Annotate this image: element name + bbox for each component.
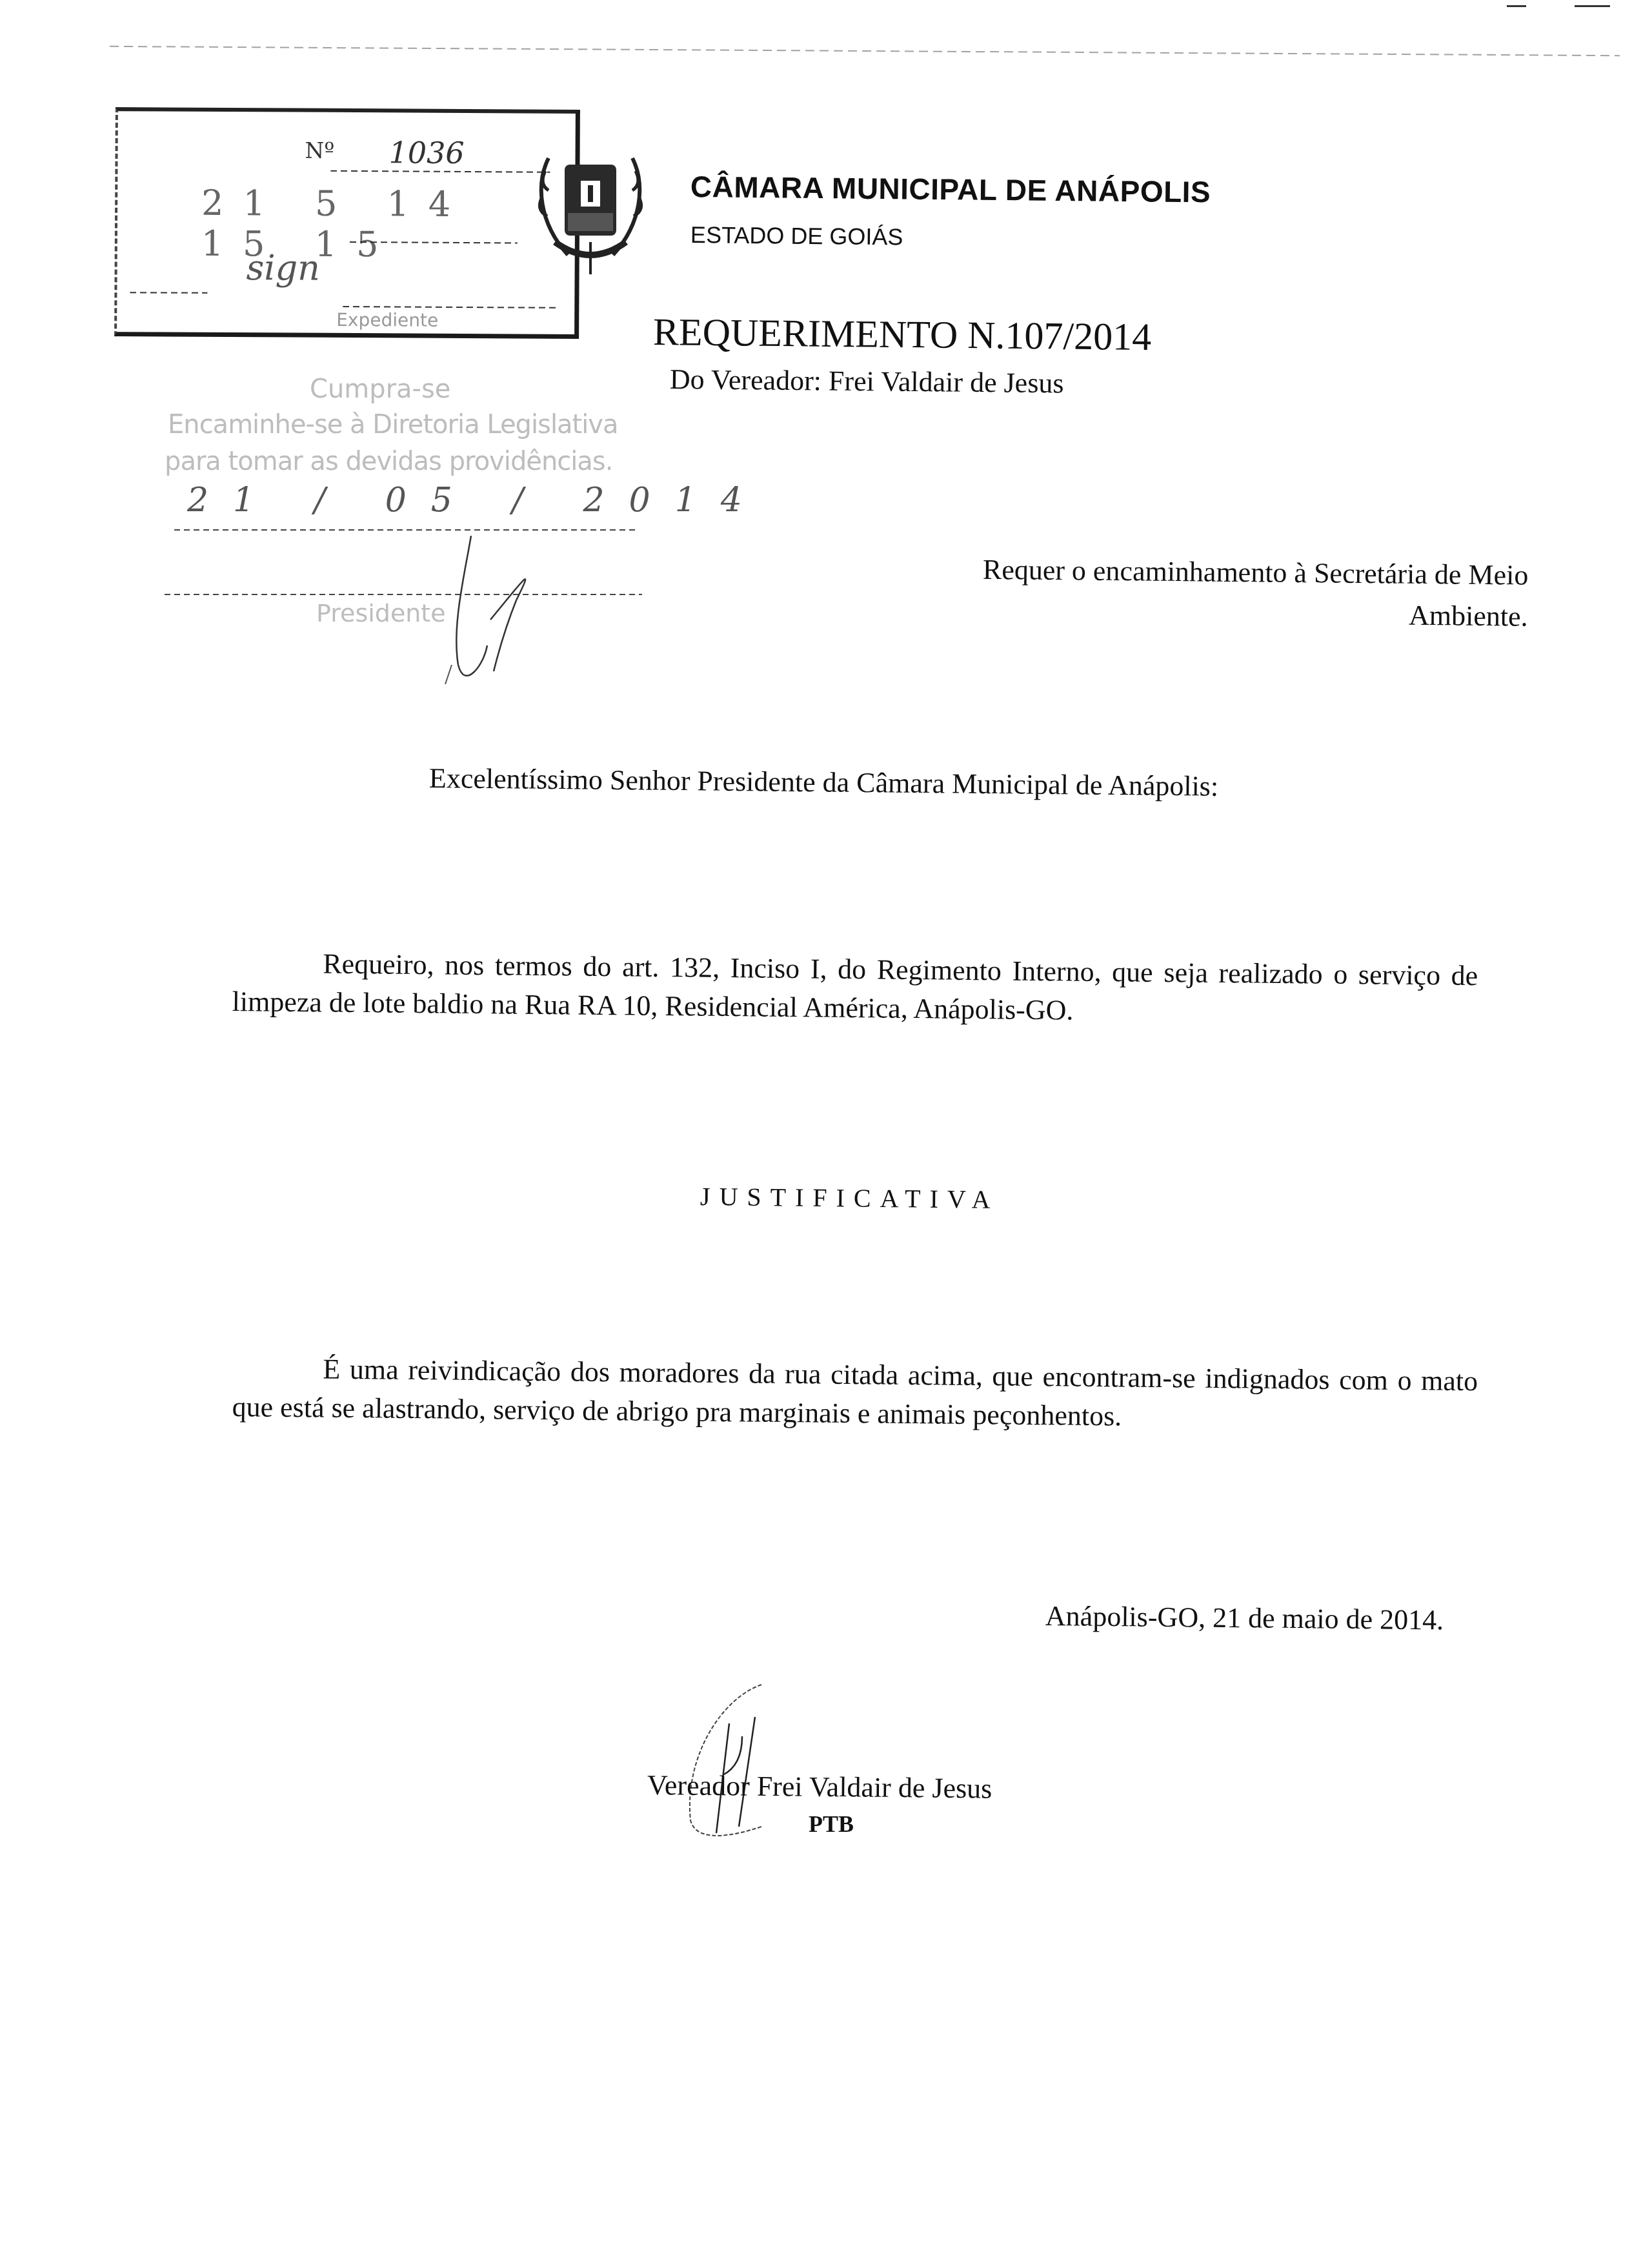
signatory-party: PTB xyxy=(809,1811,854,1838)
coat-of-arms-icon xyxy=(529,145,652,274)
protocol-stamp: Nº 1036 21 5 14 15 15 sign Expediente xyxy=(114,107,580,339)
councilor-signature xyxy=(645,1678,800,1846)
request-summary: Requer o encaminhamento à Secretária de … xyxy=(947,549,1528,637)
document-author: Do Vereador: Frei Valdair de Jesus xyxy=(670,363,1064,400)
institution-name: CÂMARA MUNICIPAL DE ANÁPOLIS xyxy=(690,169,1211,209)
place-and-date: Anápolis-GO, 21 de maio de 2014. xyxy=(1045,1599,1444,1636)
scan-artifact-line xyxy=(110,46,1620,56)
state-name: ESTADO DE GOIÁS xyxy=(690,221,903,250)
stamp-section: Expediente xyxy=(336,309,438,331)
scan-artifact-mark xyxy=(1575,5,1610,7)
justification-paragraph: É uma reivindicação dos moradores da rua… xyxy=(232,1349,1478,1439)
dispatch-line-3: para tomar as devidas providências. xyxy=(165,447,612,476)
stamp-number-value: 1036 xyxy=(388,135,464,170)
request-paragraph: Requeiro, nos termos do art. 132, Inciso… xyxy=(232,944,1478,1034)
justification-heading: JUSTIFICATIVA xyxy=(700,1181,1000,1215)
president-signature xyxy=(426,536,594,684)
salutation: Excelentíssimo Senhor Presidente da Câma… xyxy=(429,762,1219,803)
justification-text: É uma reivindicação dos moradores da rua… xyxy=(232,1353,1478,1432)
document-title: REQUERIMENTO N.107/2014 xyxy=(653,310,1152,360)
stamp-number-label: Nº xyxy=(305,138,334,164)
dispatch-date: 21 / 05 / 2014 xyxy=(187,481,767,520)
signatory-name: Vereador Frei Valdair de Jesus xyxy=(647,1769,992,1805)
request-text: Requeiro, nos termos do art. 132, Inciso… xyxy=(232,948,1478,1026)
dispatch-line-2: Encaminhe-se à Diretoria Legislativa xyxy=(168,410,618,440)
stamp-initials: sign xyxy=(246,247,320,289)
dispatch-line-1: Cumpra-se xyxy=(310,374,450,404)
scan-artifact-mark xyxy=(1507,5,1526,7)
